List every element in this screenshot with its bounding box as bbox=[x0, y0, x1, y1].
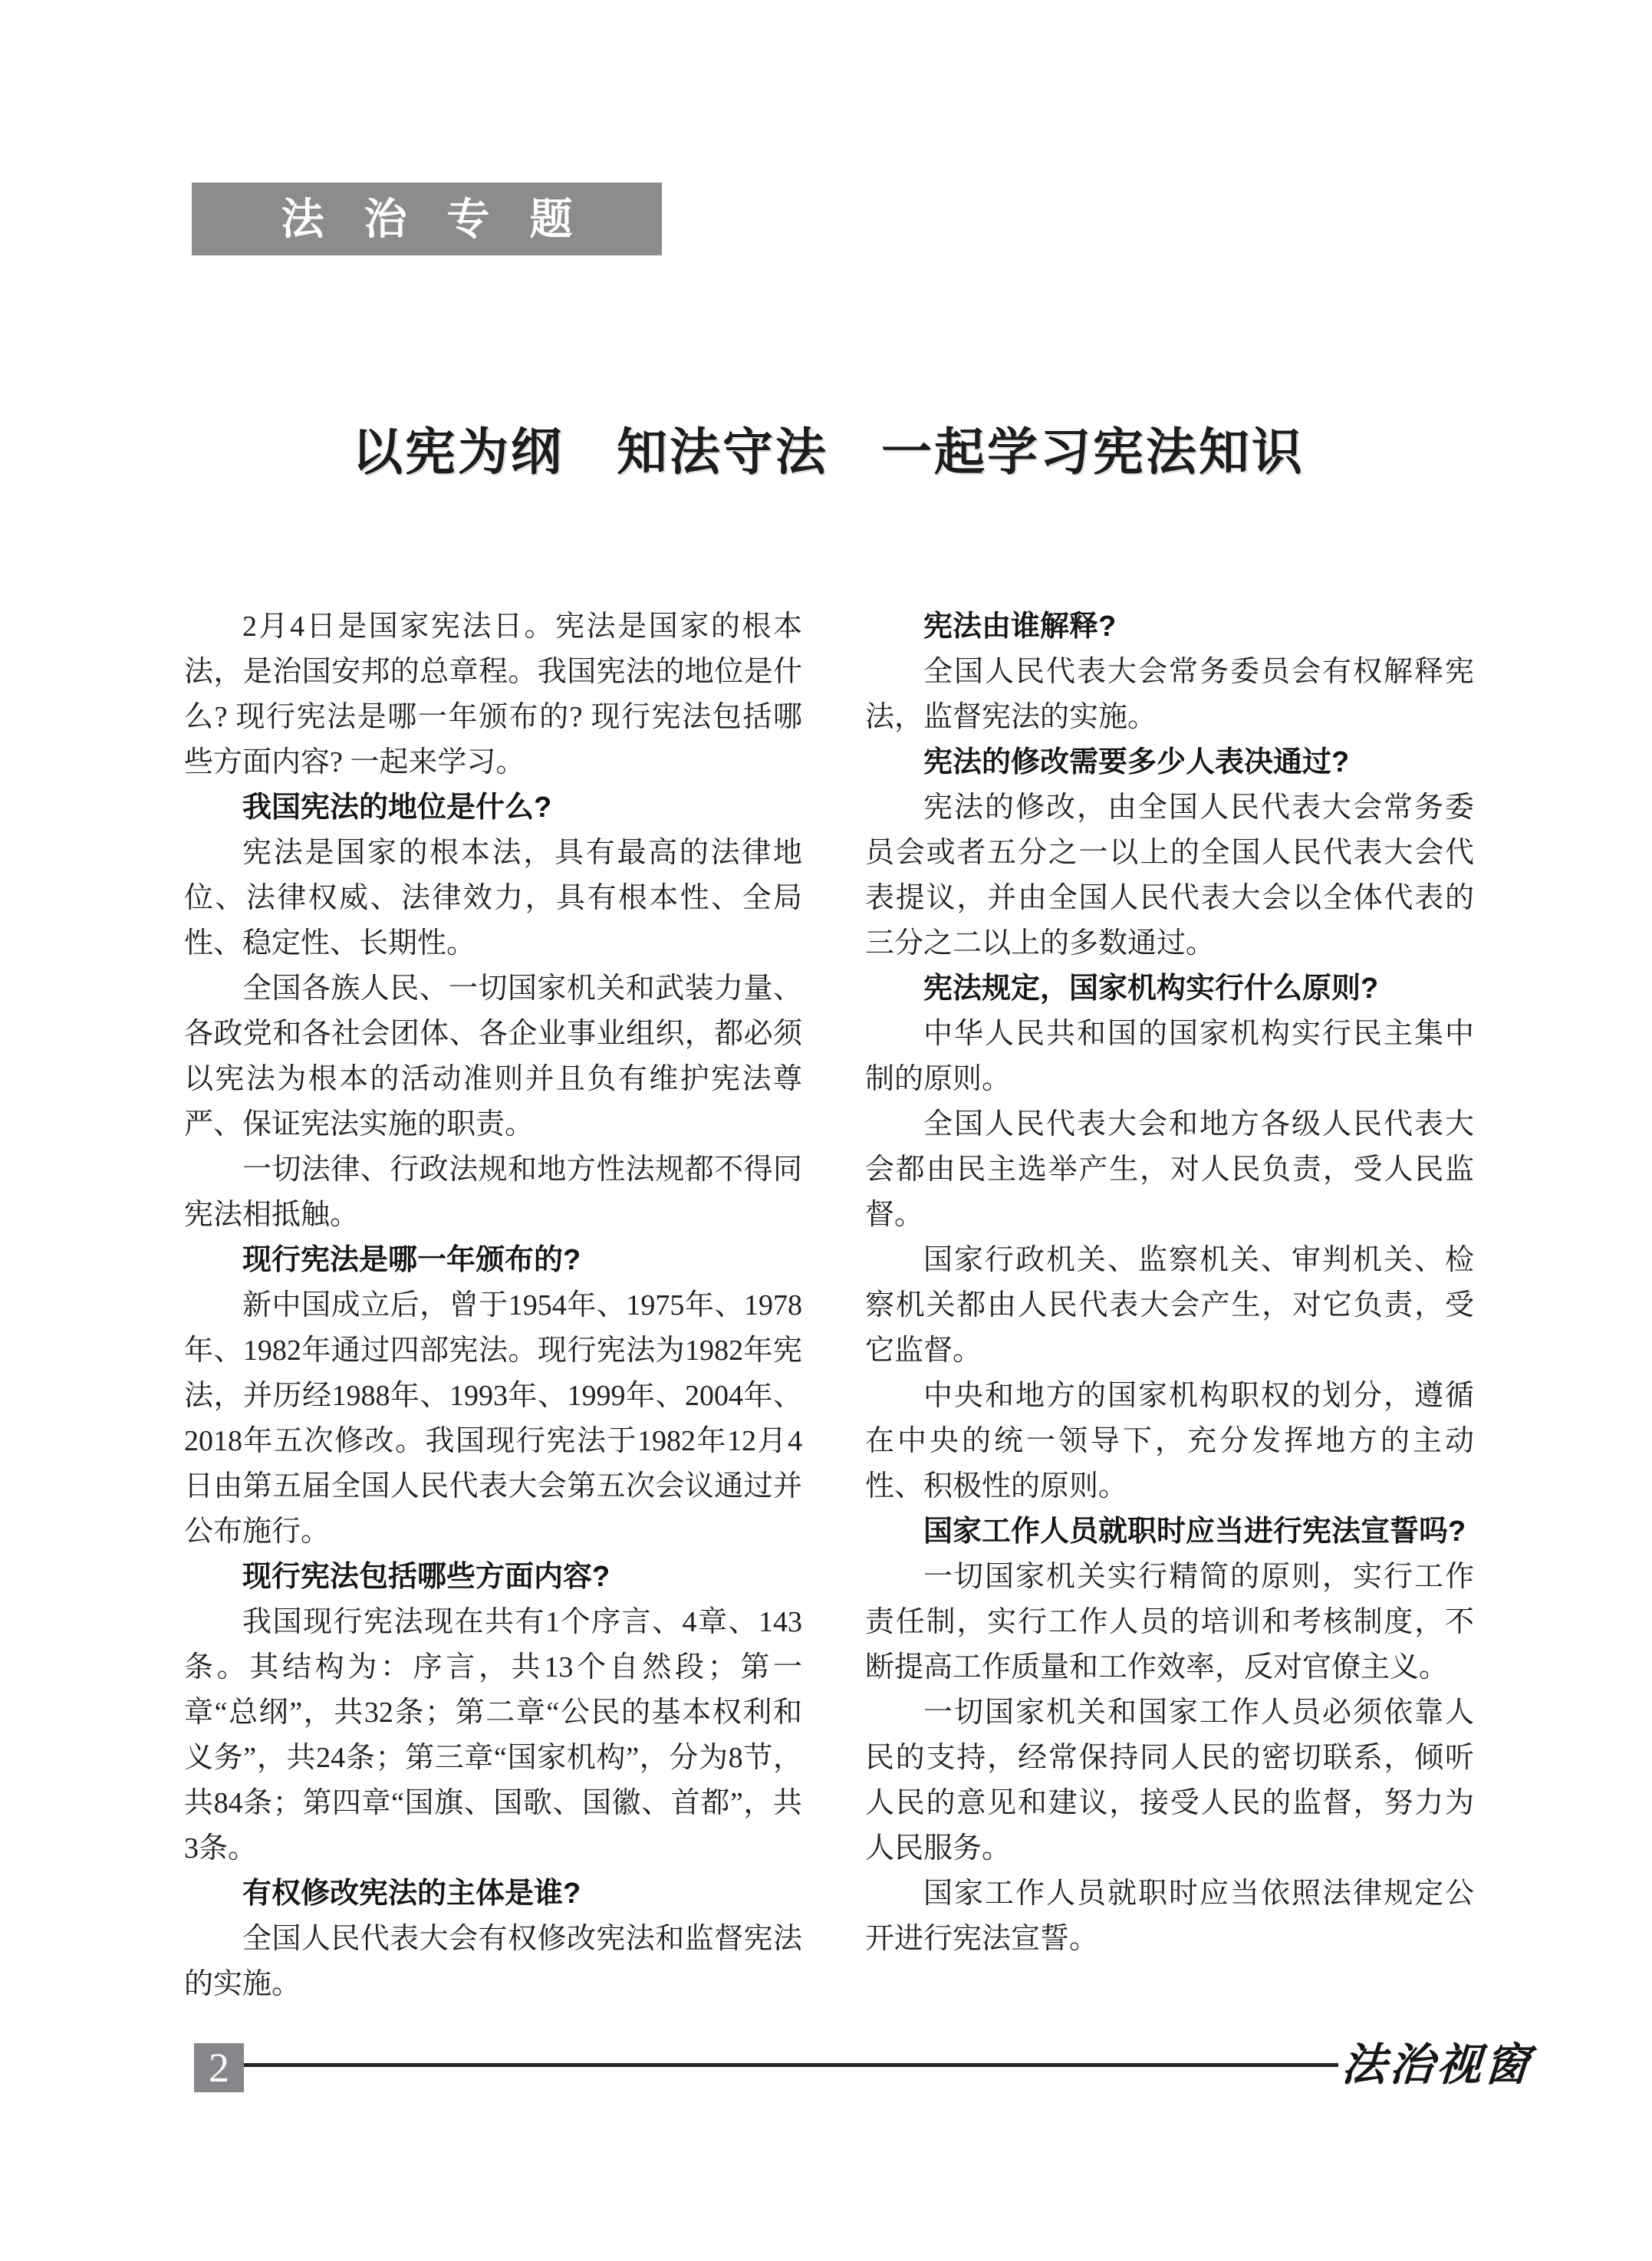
page-number-box: 2 bbox=[194, 2043, 244, 2092]
body-paragraph: 中华人民共和国的国家机构实行民主集中制的原则。 bbox=[865, 1012, 1474, 1102]
body-paragraph: 国家行政机关、监察机关、审判机关、检察机关都由人民代表大会产生，对它负责，受它监… bbox=[865, 1238, 1474, 1374]
topic-badge-label: 法治专题 bbox=[281, 198, 613, 241]
section-heading: 现行宪法是哪一年颁布的? bbox=[184, 1238, 802, 1283]
right-column: 宪法由谁解释? 全国人民代表大会常务委员会有权解释宪法，监督宪法的实施。 宪法的… bbox=[865, 604, 1474, 1962]
body-paragraph: 中央和地方的国家机构职权的划分，遵循在中央的统一领导下，充分发挥地方的主动性、积… bbox=[865, 1374, 1474, 1509]
body-paragraph: 一切法律、行政法规和地方性法规都不得同宪法相抵触。 bbox=[184, 1147, 802, 1238]
body-paragraph: 全国各族人民、一切国家机关和武装力量、各政党和各社会团体、各企业事业组织，都必须… bbox=[184, 966, 802, 1147]
footer-rule bbox=[244, 2063, 1338, 2067]
topic-badge: 法治专题 bbox=[192, 183, 662, 255]
section-heading: 我国宪法的地位是什么? bbox=[184, 785, 802, 831]
magazine-page: 法治专题 以宪为纲 知法守法 一起学习宪法知识 2月4日是国家宪法日。宪法是国家… bbox=[0, 0, 1652, 2261]
body-paragraph: 国家工作人员就职时应当依照法律规定公开进行宪法宣誓。 bbox=[865, 1871, 1474, 1962]
body-paragraph: 宪法的修改，由全国人民代表大会常务委员会或者五分之一以上的全国人民代表大会代表提… bbox=[865, 785, 1474, 966]
page-number: 2 bbox=[209, 2047, 229, 2088]
left-column: 2月4日是国家宪法日。宪法是国家的根本法，是治国安邦的总章程。我国宪法的地位是什… bbox=[184, 604, 802, 2007]
body-paragraph: 我国现行宪法现在共有1个序言、4章、143条。其结构为：序言，共13个自然段；第… bbox=[184, 1600, 802, 1871]
body-paragraph: 2月4日是国家宪法日。宪法是国家的根本法，是治国安邦的总章程。我国宪法的地位是什… bbox=[184, 604, 802, 785]
body-paragraph: 一切国家机关实行精简的原则，实行工作责任制，实行工作人员的培训和考核制度，不断提… bbox=[865, 1555, 1474, 1690]
section-heading: 国家工作人员就职时应当进行宪法宣誓吗? bbox=[865, 1509, 1474, 1555]
section-heading: 宪法的修改需要多少人表决通过? bbox=[865, 740, 1474, 785]
page-title: 以宪为纲 知法守法 一起学习宪法知识 bbox=[184, 411, 1473, 484]
body-paragraph: 一切国家机关和国家工作人员必须依靠人民的支持，经常保持同人民的密切联系，倾听人民… bbox=[865, 1690, 1474, 1871]
journal-name: 法治视窗 bbox=[1340, 2029, 1535, 2093]
body-paragraph: 新中国成立后，曾于1954年、1975年、1978年、1982年通过四部宪法。现… bbox=[184, 1283, 802, 1555]
section-heading: 宪法由谁解释? bbox=[865, 604, 1474, 650]
body-paragraph: 全国人民代表大会和地方各级人民代表大会都由民主选举产生，对人民负责，受人民监督。 bbox=[865, 1102, 1474, 1238]
section-heading: 宪法规定，国家机构实行什么原则? bbox=[865, 966, 1474, 1012]
body-paragraph: 宪法是国家的根本法，具有最高的法律地位、法律权威、法律效力，具有根本性、全局性、… bbox=[184, 831, 802, 966]
body-paragraph: 全国人民代表大会常务委员会有权解释宪法，监督宪法的实施。 bbox=[865, 650, 1474, 740]
section-heading: 现行宪法包括哪些方面内容? bbox=[184, 1555, 802, 1600]
section-heading: 有权修改宪法的主体是谁? bbox=[184, 1871, 802, 1917]
body-paragraph: 全国人民代表大会有权修改宪法和监督宪法的实施。 bbox=[184, 1917, 802, 2007]
